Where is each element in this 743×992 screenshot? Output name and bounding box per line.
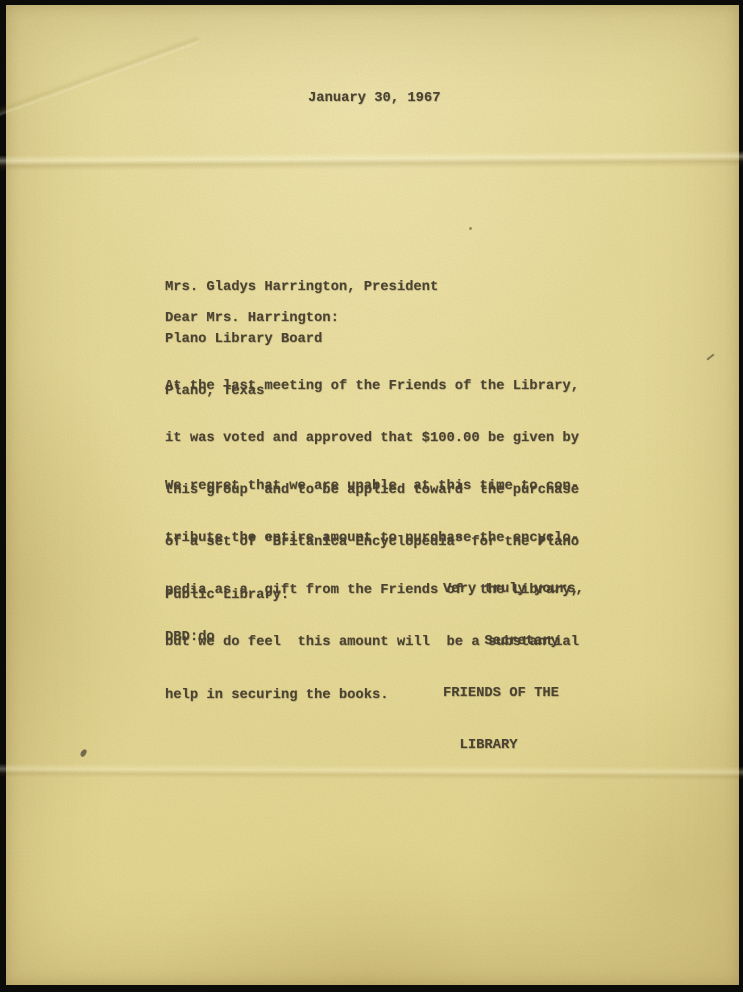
signer-title-line: Secretary: [443, 633, 584, 650]
body-line: We regret that we are unable at this tim…: [165, 478, 579, 495]
recipient-name-line: Mrs. Gladys Harrington, President: [165, 279, 438, 296]
paper-speck: [79, 748, 87, 757]
scanned-letter-screenshot: { "letter": { "date": "January 30, 1967"…: [0, 0, 743, 992]
body-line: tribute the entire amount to purchase th…: [165, 530, 579, 547]
body-line: At the last meeting of the Friends of th…: [165, 378, 579, 395]
fold-crease-upper: [0, 151, 743, 172]
date-line: January 30, 1967: [308, 90, 440, 107]
organization-line: LIBRARY: [443, 737, 584, 754]
fold-crease-corner: [0, 34, 200, 125]
salutation-line: Dear Mrs. Harrington:: [165, 310, 339, 327]
organization-line: FRIENDS OF THE: [443, 685, 584, 702]
letter-page: January 30, 1967 Mrs. Gladys Harrington,…: [6, 5, 739, 985]
typist-initials: DBD:do: [165, 629, 215, 646]
complimentary-close-line: Very truly yours,: [443, 581, 584, 598]
signature-block: Very truly yours, Secretary FRIENDS OF T…: [443, 546, 584, 790]
paper-speck: [469, 227, 472, 230]
fold-crease-lower: [0, 763, 743, 780]
paper-speck: [706, 353, 714, 360]
